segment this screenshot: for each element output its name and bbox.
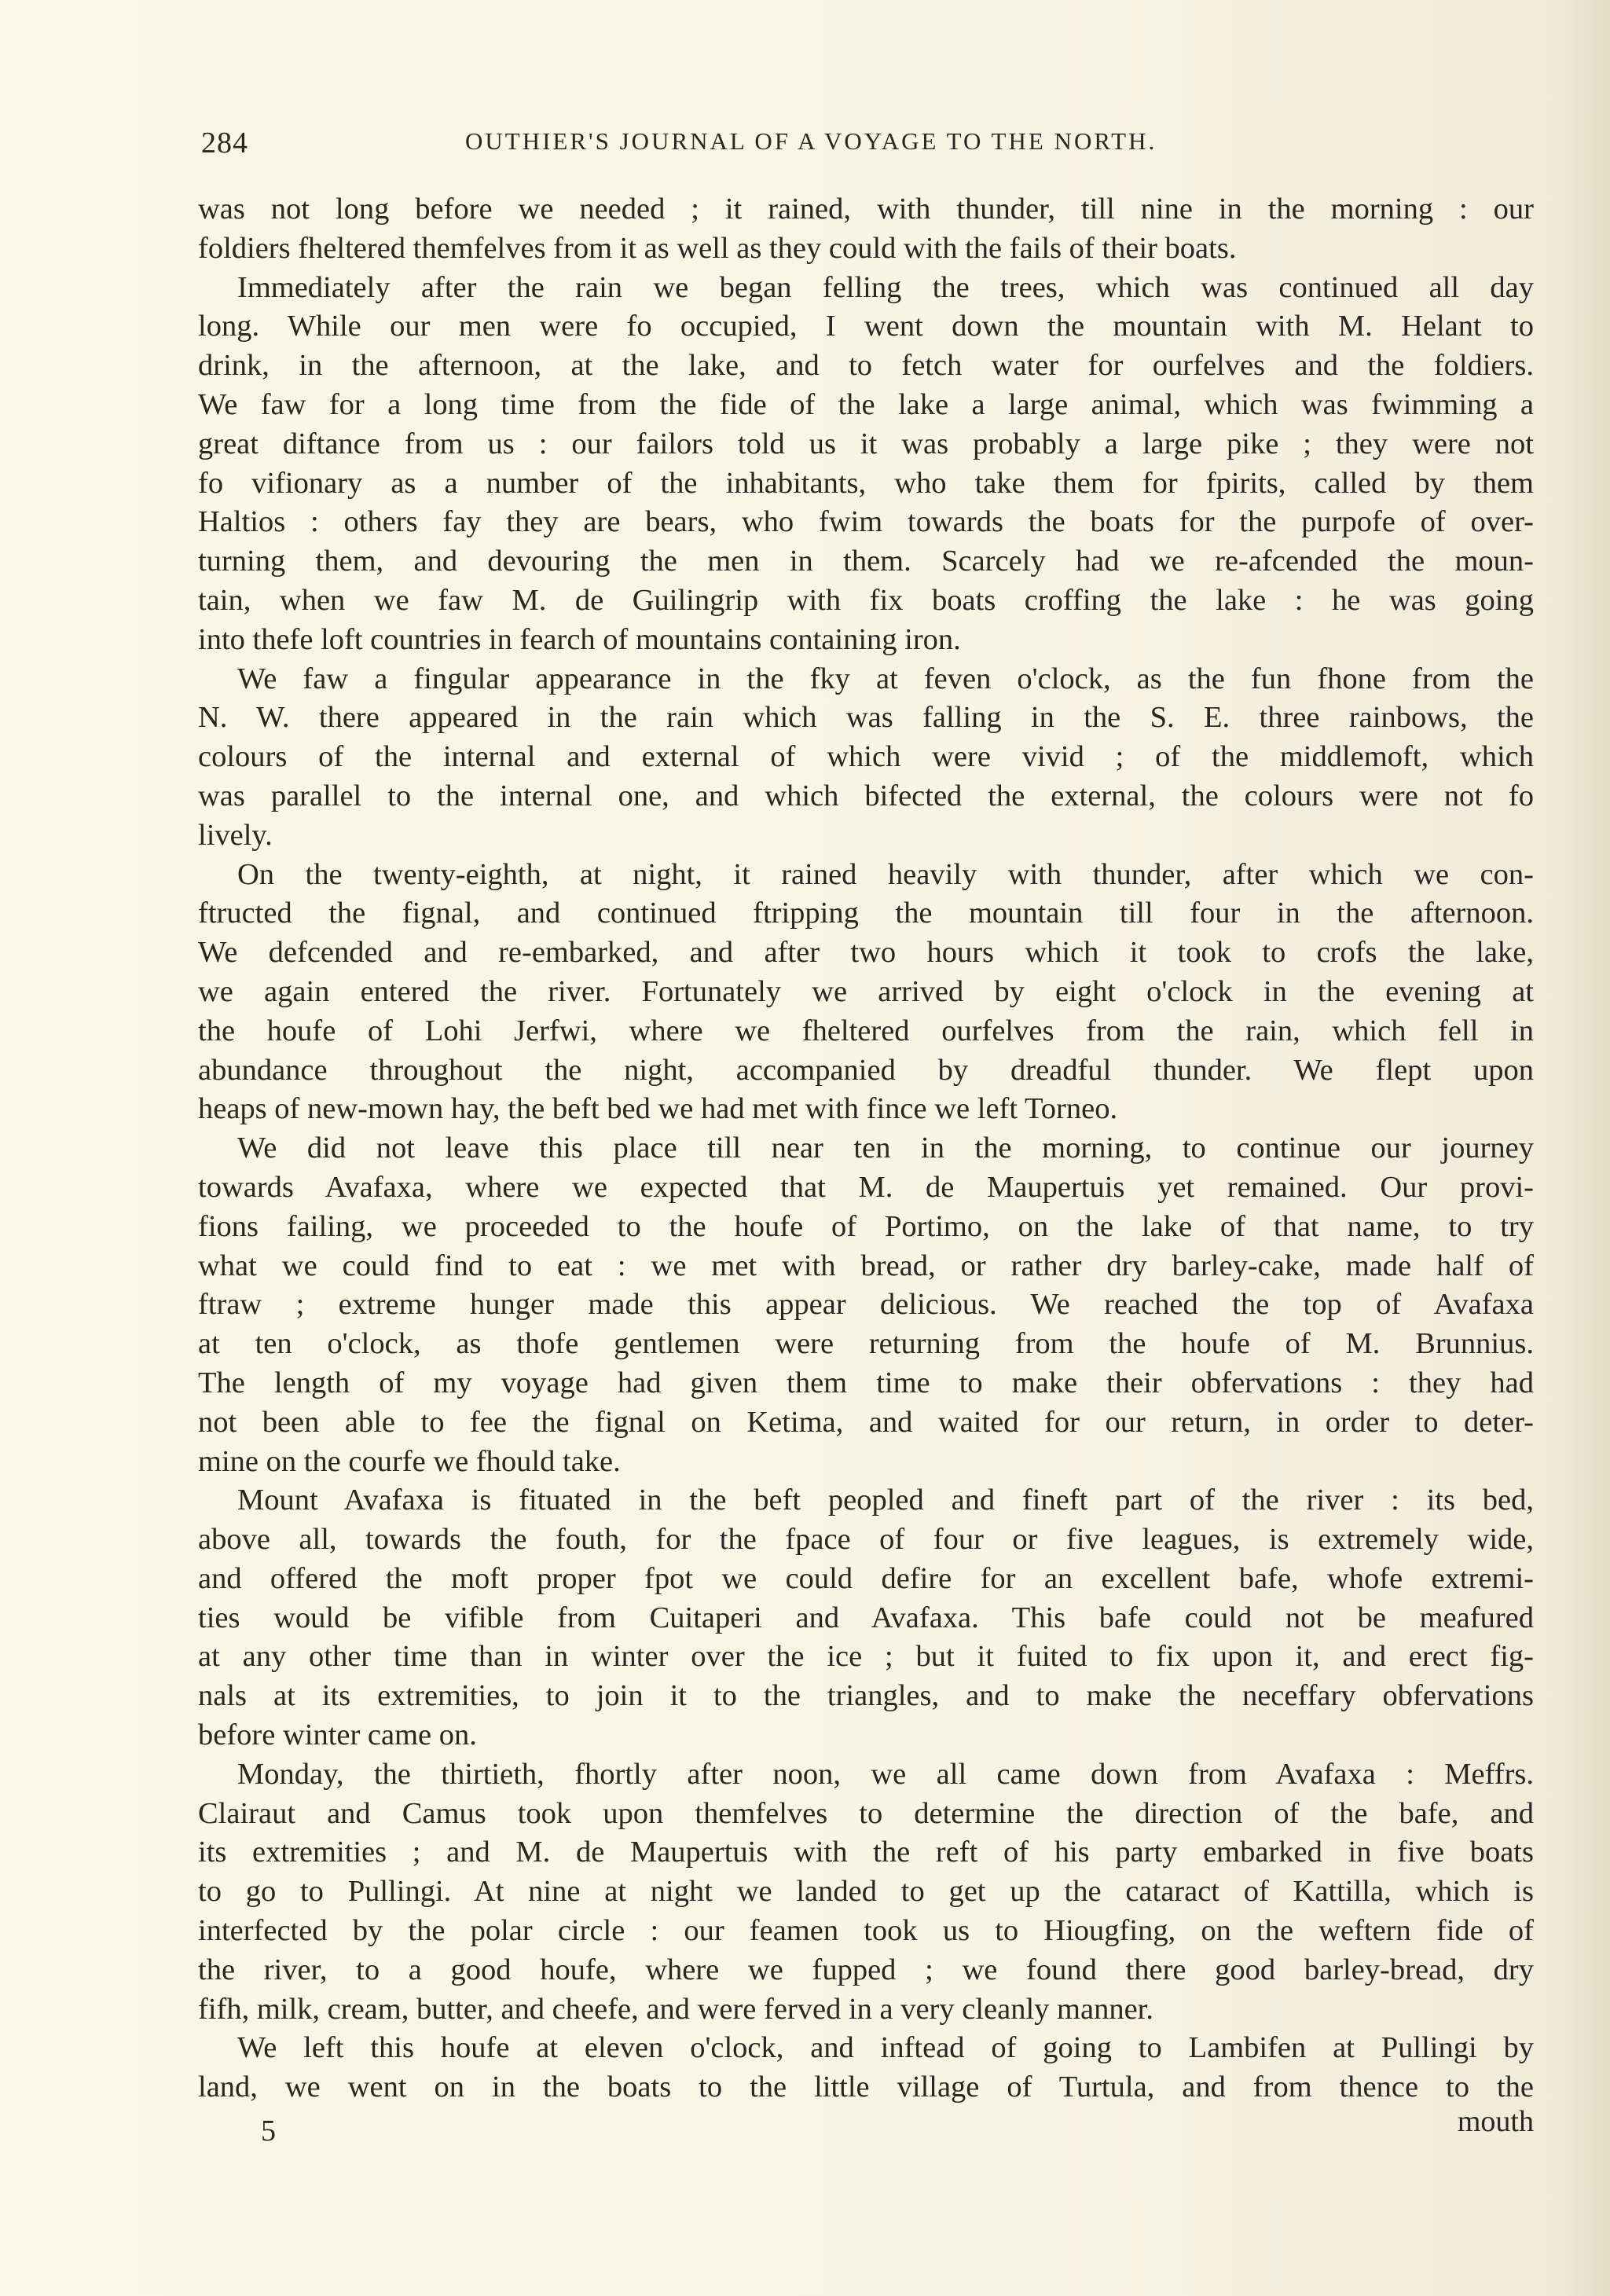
text-line: before winter came on. — [198, 1716, 1534, 1755]
text-line: fifh, milk, cream, butter, and cheefe, a… — [198, 1990, 1534, 2030]
text-line: ties would be vifible from Cuitaperi and… — [198, 1599, 1534, 1638]
running-head: 284 OUTHIER'S JOURNAL OF A VOYAGE TO THE… — [198, 118, 1534, 173]
text-line: to go to Pullingi. At nine at night we l… — [198, 1872, 1534, 1912]
running-title: OUTHIER'S JOURNAL OF A VOYAGE TO THE NOR… — [465, 127, 1157, 156]
text-line: what we could find to eat : we met with … — [198, 1247, 1534, 1286]
text-line: Clairaut and Camus took upon themfelves … — [198, 1795, 1534, 1834]
text-line: its extremities ; and M. de Maupertuis w… — [198, 1833, 1534, 1872]
text-line: We defcended and re-embarked, and after … — [198, 933, 1534, 973]
text-line: interfected by the polar circle : our fe… — [198, 1912, 1534, 1951]
paragraph: We left this houfe at eleven o'clock, an… — [198, 2029, 1534, 2107]
text-line: the river, to a good houfe, where we fup… — [198, 1951, 1534, 1990]
text-line: We faw for a long time from the fide of … — [198, 386, 1534, 425]
text-line: long. While our men were fo occupied, I … — [198, 307, 1534, 347]
text-line: the houfe of Lohi Jerfwi, where we fhelt… — [198, 1012, 1534, 1051]
text-line: not been able to fee the fignal on Ketim… — [198, 1403, 1534, 1443]
paragraph: On the twenty-eighth, at night, it raine… — [198, 856, 1534, 1130]
text-line: fions failing, we proceeded to the houfe… — [198, 1208, 1534, 1247]
text-line: nals at its extremities, to join it to t… — [198, 1677, 1534, 1716]
text-line: lively. — [198, 816, 1534, 856]
text-line: fo vifionary as a number of the inhabita… — [198, 464, 1534, 504]
text-line: colours of the internal and external of … — [198, 738, 1534, 777]
paragraph: We faw a fingular appearance in the fky … — [198, 660, 1534, 856]
page-number: 284 — [201, 126, 248, 160]
text-line: Haltios : others fay they are bears, who… — [198, 503, 1534, 542]
page-edge-shadow — [1563, 0, 1610, 2296]
text-line: ftructed the fignal, and continued ftrip… — [198, 894, 1534, 933]
paragraph: Immediately after the rain we began fell… — [198, 269, 1534, 660]
text-line: heaps of new-mown hay, the beft bed we h… — [198, 1090, 1534, 1129]
text-line: tain, when we faw M. de Guilingrip with … — [198, 581, 1534, 621]
text-line: and offered the moft proper fpot we coul… — [198, 1560, 1534, 1599]
text-line: Mount Avafaxa is fituated in the beft pe… — [198, 1481, 1534, 1520]
catchword: mouth — [1458, 2104, 1534, 2139]
text-line: On the twenty-eighth, at night, it raine… — [198, 856, 1534, 895]
text-line: was not long before we needed ; it raine… — [198, 190, 1534, 229]
page-footer: 5 mouth — [198, 2107, 1534, 2155]
text-line: Monday, the thirtieth, fhortly after noo… — [198, 1755, 1534, 1795]
text-line: at ten o'clock, as thofe gentlemen were … — [198, 1325, 1534, 1364]
text-line: was parallel to the internal one, and wh… — [198, 777, 1534, 816]
text-line: We did not leave this place till near te… — [198, 1129, 1534, 1168]
text-line: N. W. there appeared in the rain which w… — [198, 699, 1534, 738]
text-line: mine on the courfe we fhould take. — [198, 1443, 1534, 1482]
text-line: great diftance from us : our failors tol… — [198, 425, 1534, 464]
text-line: at any other time than in winter over th… — [198, 1638, 1534, 1677]
paragraph: Monday, the thirtieth, fhortly after noo… — [198, 1755, 1534, 2030]
text-line: Immediately after the rain we began fell… — [198, 269, 1534, 308]
text-line: foldiers fheltered themfelves from it as… — [198, 229, 1534, 269]
paragraph: was not long before we needed ; it raine… — [198, 190, 1534, 269]
text-line: towards Avafaxa, where we expected that … — [198, 1168, 1534, 1208]
text-line: land, we went on in the boats to the lit… — [198, 2068, 1534, 2107]
text-line: We faw a fingular appearance in the fky … — [198, 660, 1534, 699]
text-line: above all, towards the fouth, for the fp… — [198, 1520, 1534, 1560]
text-line: ftraw ; extreme hunger made this appear … — [198, 1286, 1534, 1325]
text-line: into thefe loft countries in fearch of m… — [198, 621, 1534, 660]
text-line: drink, in the afternoon, at the lake, an… — [198, 347, 1534, 386]
book-page: 284 OUTHIER'S JOURNAL OF A VOYAGE TO THE… — [198, 118, 1534, 2155]
text-line: we again entered the river. Fortunately … — [198, 973, 1534, 1012]
paragraph: Mount Avafaxa is fituated in the beft pe… — [198, 1481, 1534, 1755]
text-line: We left this houfe at eleven o'clock, an… — [198, 2029, 1534, 2068]
signature-mark: 5 — [261, 2114, 276, 2148]
text-line: abundance throughout the night, accompan… — [198, 1051, 1534, 1091]
paragraph: We did not leave this place till near te… — [198, 1129, 1534, 1481]
body-text: was not long before we needed ; it raine… — [198, 190, 1534, 2107]
text-line: The length of my voyage had given them t… — [198, 1364, 1534, 1403]
text-line: turning them, and devouring the men in t… — [198, 542, 1534, 581]
